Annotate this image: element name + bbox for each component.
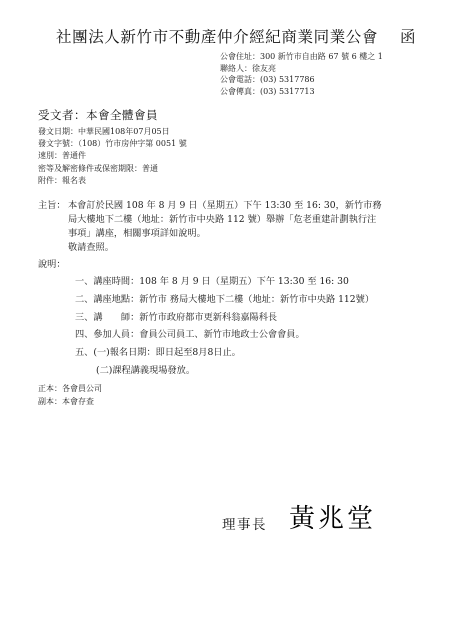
confidentiality: 密等及解密條件或保密期限：普通	[38, 163, 187, 175]
document-number: 發文字號：（108）竹市房仲字第 0051 號	[38, 138, 187, 150]
org-phone: 公會電話：(03) 5317786	[220, 74, 383, 86]
organization-contact-info: 公會住址：300 新竹市自由路 67 號 6 樓之 1 聯絡人：徐友亮 公會電話…	[220, 51, 383, 97]
document-type: 函	[400, 28, 416, 46]
subject-line: 本會訂於民國 108 年 8 月 9 日（星期五）下午 13:30 至 16: …	[68, 199, 382, 213]
signer-title: 理事長	[222, 513, 267, 533]
original-copy: 正本：各會員公司	[38, 383, 102, 396]
org-fax: 公會傳真：(03) 5317713	[220, 86, 383, 98]
organization-name: 社團法人新竹市不動產仲介經紀商業同業公會	[56, 28, 378, 46]
org-address: 公會住址：300 新竹市自由路 67 號 6 樓之 1	[220, 51, 383, 63]
subject-line: 事項」講座，相關事項詳如說明。	[38, 227, 438, 241]
explanation-item-speaker: 三、講 師：新竹市政府都市更新科翁嘉陽科長	[75, 309, 374, 327]
subject-section: 主旨： 本會訂於民國 108 年 8 月 9 日（星期五）下午 13:30 至 …	[38, 199, 438, 255]
explanation-list: 一、講座時間：108 年 8 月 9 日（星期五）下午 13:30 至 16: …	[75, 273, 374, 380]
document-metadata: 發文日期：中華民國108年07月05日 發文字號：（108）竹市房仲字第 005…	[38, 126, 187, 187]
explanation-label: 說明：	[38, 256, 66, 270]
explanation-item-participants: 四、參加人員：會員公司員工、新竹市地政士公會會員。	[75, 326, 374, 344]
recipient: 受文者：本會全體會員	[38, 107, 158, 123]
duplicate-copy: 副本：本會存查	[38, 396, 102, 409]
urgency: 速別：普通件	[38, 150, 187, 162]
document-header-title: 社團法人新竹市不動產仲介經紀商業同業公會函	[56, 25, 416, 47]
signer-name: 黃兆堂	[289, 505, 376, 533]
explanation-item-location: 二、講座地點：新竹市 務局大樓地下二樓（地址：新竹市中央路 112號）	[75, 291, 374, 309]
explanation-item-materials: (二)課程講義現場發放。	[75, 362, 374, 380]
signature-block: 理事長 黃兆堂	[222, 505, 376, 533]
subject-line: 局大樓地下二樓（地址：新竹市中央路 112 號）舉辦「危老重建計劃執行注	[38, 213, 438, 227]
issue-date: 發文日期：中華民國108年07月05日	[38, 126, 187, 138]
subject-closing: 敬請查照。	[38, 241, 438, 255]
explanation-item-registration: 五、(一)報名日期：即日起至8月8日止。	[75, 344, 374, 362]
org-contact-person: 聯絡人：徐友亮	[220, 63, 383, 75]
attachment: 附件：報名表	[38, 175, 187, 187]
explanation-item-time: 一、講座時間：108 年 8 月 9 日（星期五）下午 13:30 至 16: …	[75, 273, 374, 291]
subject-label: 主旨：	[38, 199, 68, 213]
copies-section: 正本：各會員公司 副本：本會存查	[38, 383, 102, 408]
